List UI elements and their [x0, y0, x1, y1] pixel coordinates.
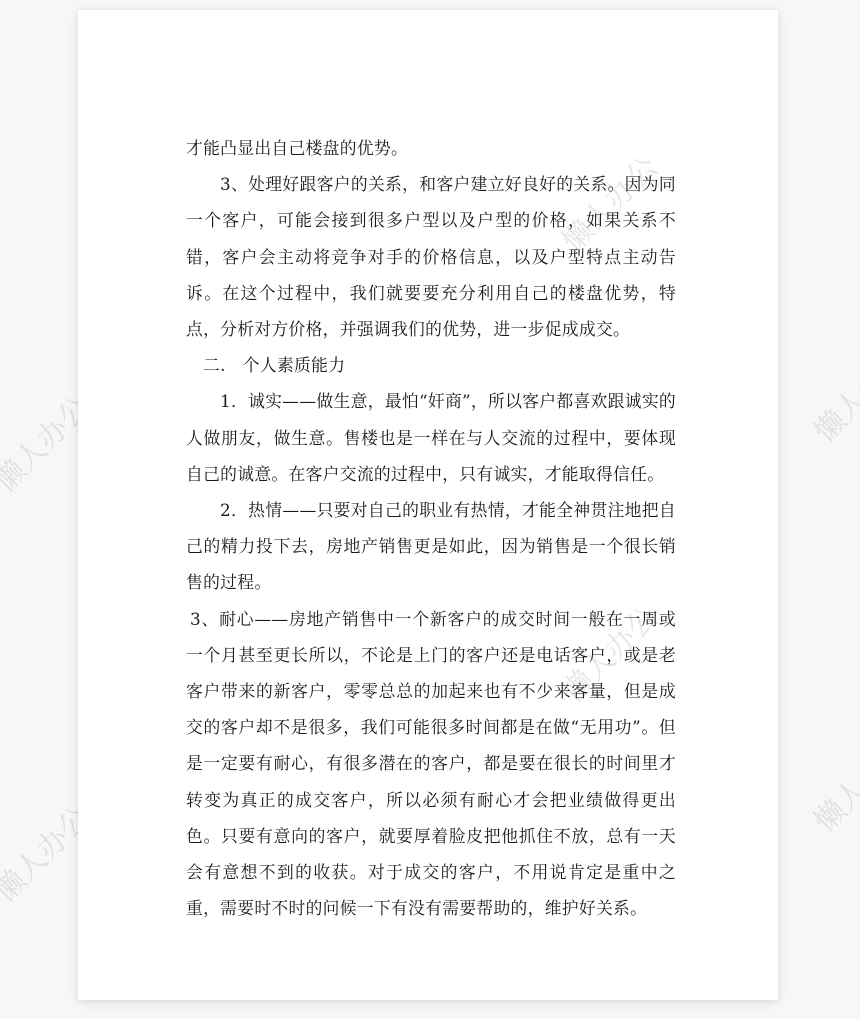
section-heading-personal-qualities: 二. 个人素质能力 — [186, 347, 676, 383]
paragraph-honesty: 1．诚实——做生意，最怕“奸商”，所以客户都喜欢跟诚实的人做朋友，做生意。售楼也… — [186, 383, 676, 492]
watermark: 懒人办公 — [802, 334, 860, 450]
document-body: 才能凸显出自己楼盘的优势。 3、处理好跟客户的关系，和客户建立好良好的关系。因为… — [186, 130, 676, 926]
watermark: 懒人办公 — [802, 724, 860, 840]
paragraph-patience: 3、耐心——房地产销售中一个新客户的成交时间一般在一周或一个月甚至更长所以，不论… — [186, 601, 676, 927]
document-page: 懒人办公 懒人办公 才能凸显出自己楼盘的优势。 3、处理好跟客户的关系，和客户建… — [78, 10, 778, 1000]
paragraph-enthusiasm: 2．热情——只要对自己的职业有热情，才能全神贯注地把自己的精力投下去，房地产销售… — [186, 492, 676, 601]
paragraph-continuation: 才能凸显出自己楼盘的优势。 — [186, 130, 676, 166]
paragraph-customer-relationship: 3、处理好跟客户的关系，和客户建立好良好的关系。因为同一个客户，可能会接到很多户… — [186, 166, 676, 347]
